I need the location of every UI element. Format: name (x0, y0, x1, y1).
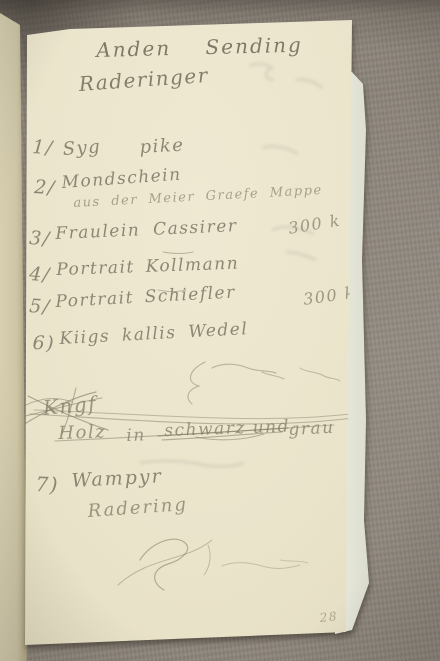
bleedthrough-mark (286, 252, 316, 260)
faint-mark (280, 560, 308, 563)
faint-mark (222, 563, 300, 569)
bleedthrough-mark (140, 461, 244, 467)
bleedthrough-mark (296, 79, 322, 88)
bottom-flourish (204, 545, 210, 575)
notebook-photo: Anden Sending Raderinger 1/ Syg pike 2/ … (0, 0, 440, 661)
bleedthrough-mark (250, 64, 274, 80)
flourish-squiggle (212, 364, 276, 373)
bleedthrough-mark (262, 146, 298, 154)
underline-mark (163, 252, 193, 254)
long-strike-line (30, 414, 368, 424)
bleedthrough-mark (272, 227, 314, 234)
pencil-scribbles (0, 0, 440, 661)
bottom-flourish (140, 539, 188, 590)
flourish-squiggle (262, 372, 284, 379)
flourish-squiggle (188, 362, 205, 404)
crossout-scribble (16, 398, 102, 418)
flourish-squiggle (300, 368, 340, 381)
page-stack: Anden Sending Raderinger 1/ Syg pike 2/ … (0, 0, 440, 661)
word-strike-line (158, 428, 288, 436)
underline-mark (158, 290, 186, 292)
notebook-page: Anden Sending Raderinger 1/ Syg pike 2/ … (0, 0, 440, 661)
word-strike-line (162, 432, 282, 440)
bottom-flourish (118, 540, 212, 585)
